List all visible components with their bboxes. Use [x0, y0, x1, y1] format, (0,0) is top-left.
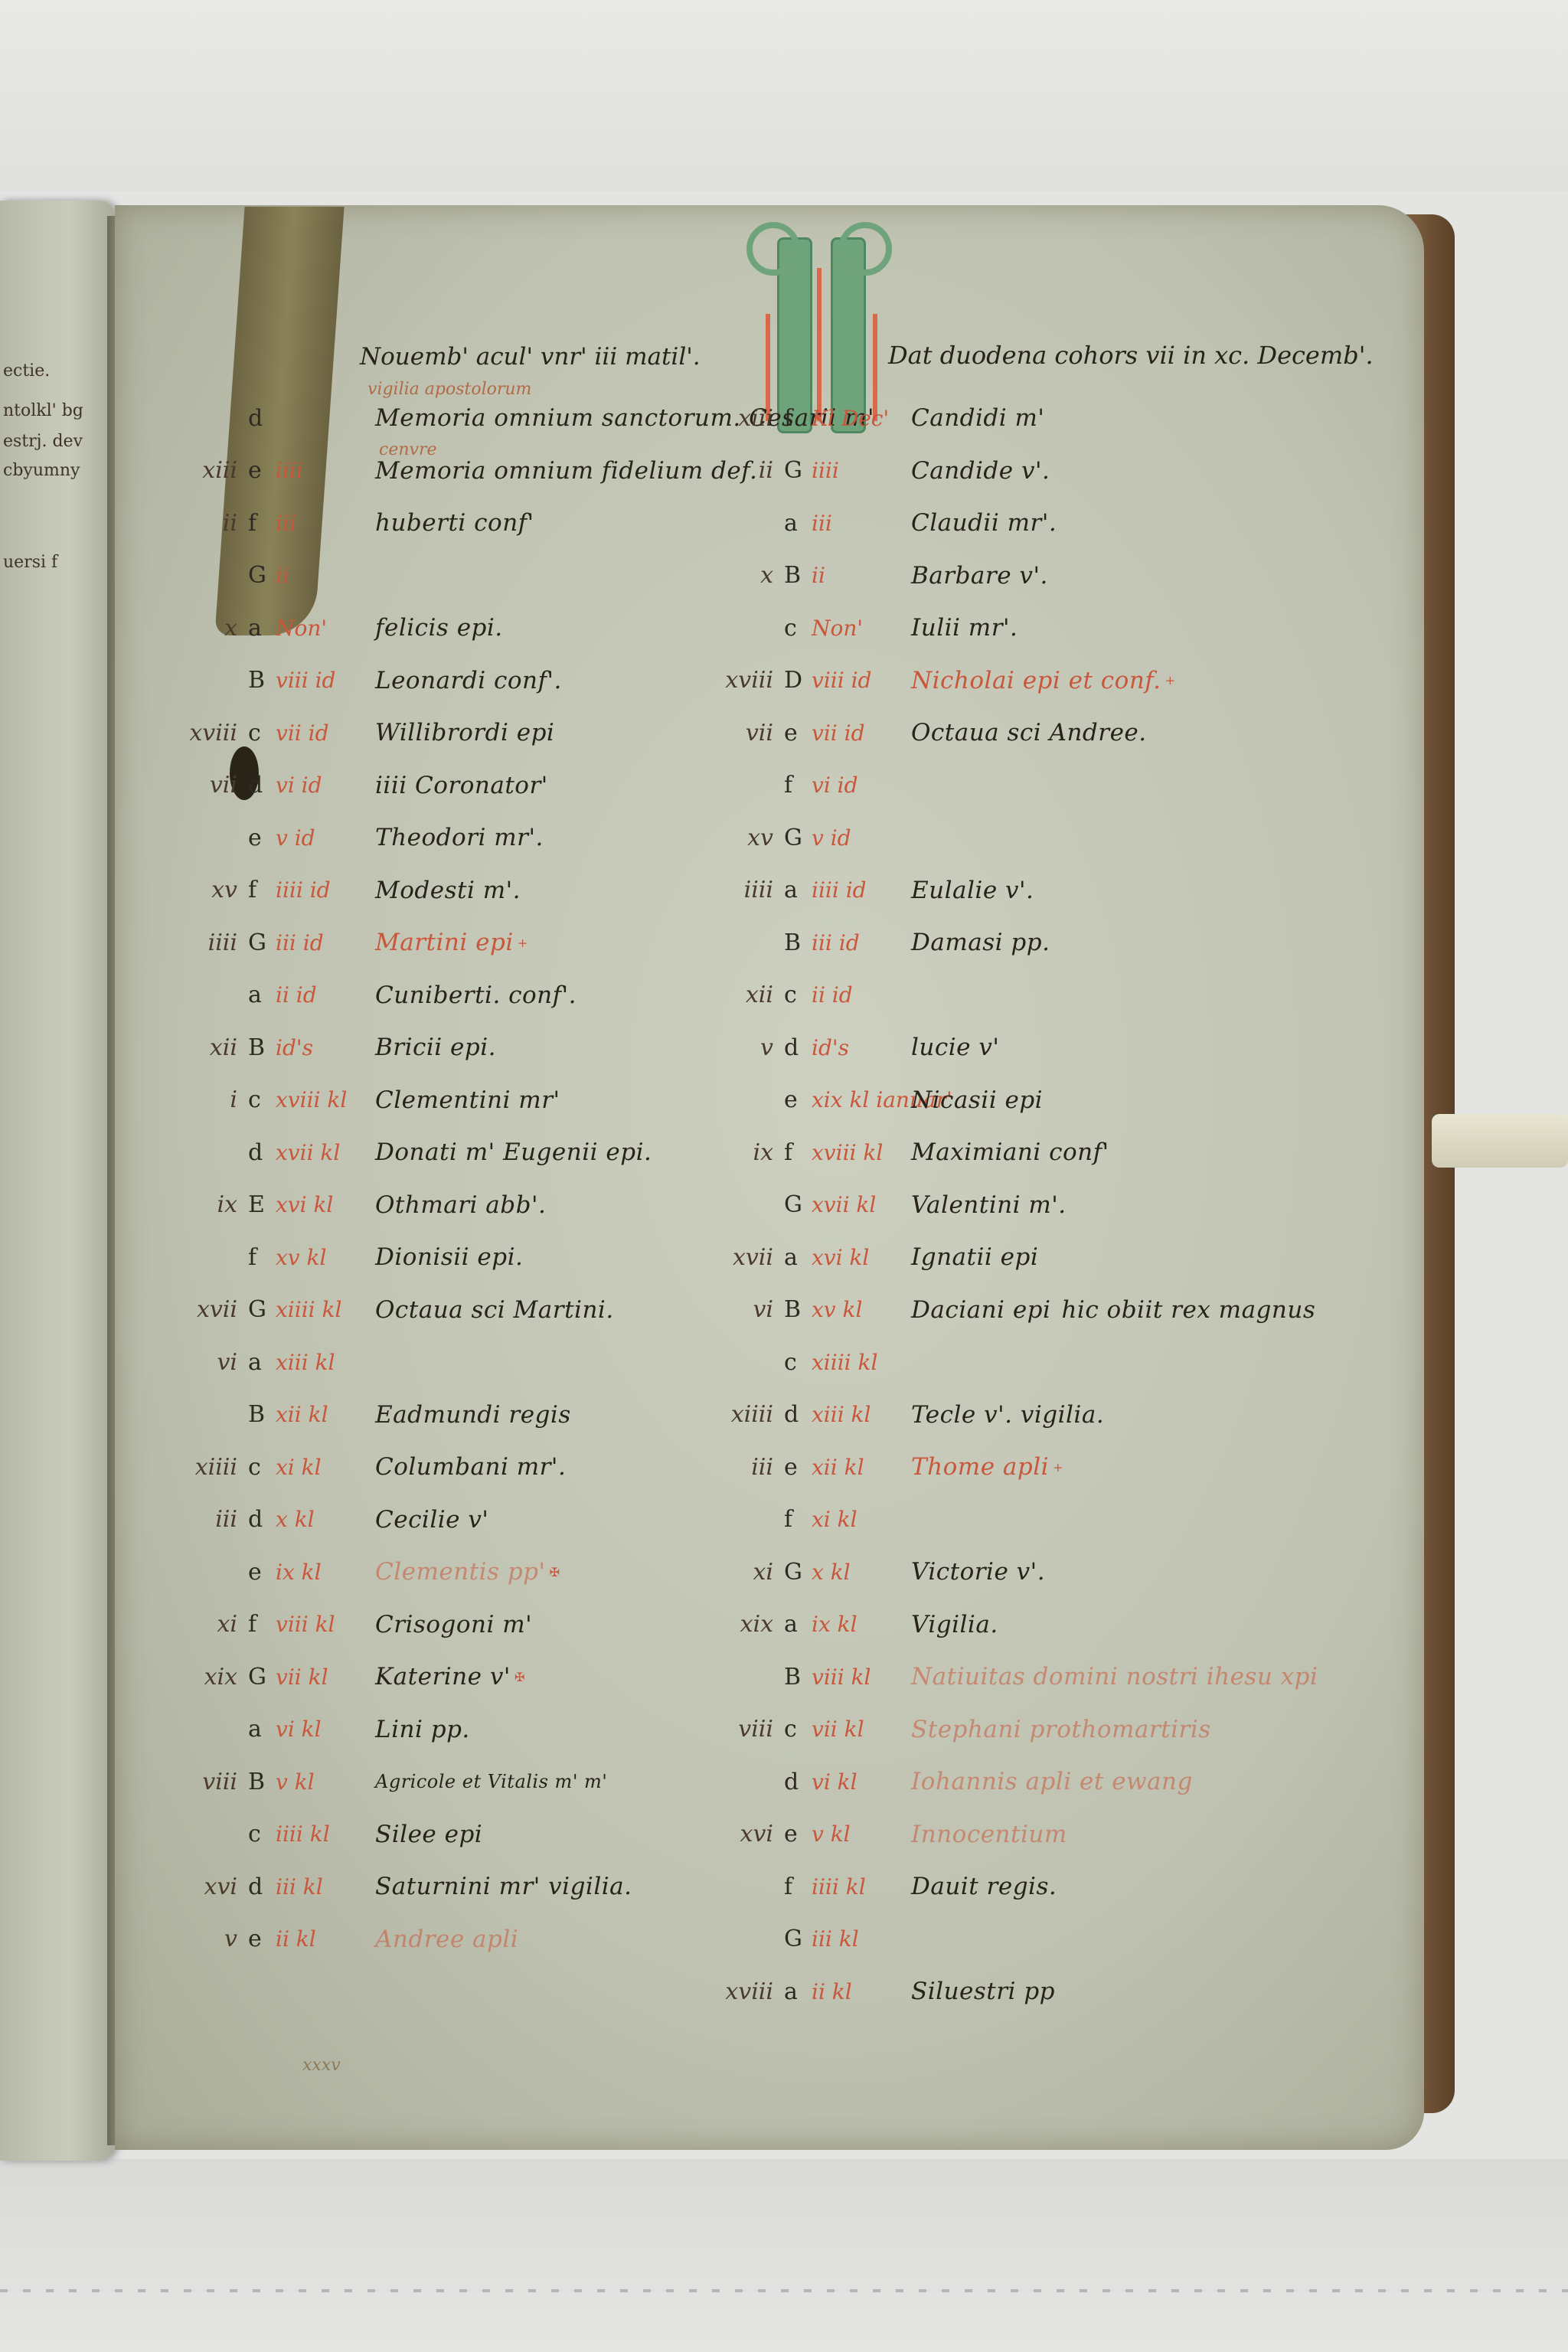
golden-number: xvii: [689, 1244, 784, 1271]
golden-number: xvii: [153, 1296, 248, 1323]
dominical-letter: c: [784, 1716, 812, 1743]
golden-number: xviii: [153, 720, 248, 746]
feast-name: Vigilia.: [911, 1611, 998, 1638]
roman-date: iiii id: [276, 877, 375, 903]
roman-date: xi kl: [276, 1455, 375, 1480]
roman-date: Kl Dec': [812, 406, 911, 431]
golden-number: xvi: [689, 1821, 784, 1847]
golden-number: xiiii: [689, 1401, 784, 1428]
calendar-row: fxi kl: [689, 1494, 1318, 1547]
roman-date: v id: [812, 825, 911, 851]
dominical-letter: e: [784, 1454, 812, 1481]
dominical-letter: d: [248, 772, 276, 799]
dominical-letter: d: [248, 405, 276, 432]
dominical-letter: D: [784, 667, 812, 694]
feast-name: Iulii mr'.: [911, 614, 1018, 642]
roman-date: vi kl: [276, 1717, 375, 1742]
golden-number: x: [689, 562, 784, 589]
feast-name: Cecilie v': [375, 1506, 488, 1534]
feast-name: Dauit regis.: [911, 1873, 1057, 1900]
roman-date: iiii kl: [276, 1821, 375, 1847]
feast-name: Martini epi: [375, 929, 514, 956]
dominical-letter: d: [248, 1873, 276, 1900]
cross-mark-icon: ✠: [511, 1670, 525, 1684]
roman-date: vii id: [276, 720, 375, 746]
dominical-letter: G: [784, 1926, 812, 1952]
dominical-letter: G: [784, 457, 812, 484]
cross-mark-icon: +: [1161, 673, 1176, 688]
left-facing-page: ectie. ntolkl' bg estrj. dev cbyumny uer…: [0, 201, 115, 2161]
dominical-letter: a: [784, 1611, 812, 1638]
feast-name: Agricole et Vitalis m' m': [375, 1771, 607, 1792]
calendar-row: xiGx klVictorie v'.: [689, 1546, 1318, 1599]
left-page-fragment: uersi f: [3, 553, 57, 572]
feast-name: Barbare v'.: [911, 562, 1048, 590]
golden-number: iiii: [689, 877, 784, 903]
dominical-letter: G: [248, 1664, 276, 1690]
roman-date: xiiii kl: [812, 1350, 911, 1375]
dominical-letter: c: [248, 1086, 276, 1113]
dominical-letter: a: [784, 510, 812, 537]
golden-number: xiii: [689, 405, 784, 432]
dominical-letter: f: [784, 1506, 812, 1533]
roman-date: id's: [812, 1035, 911, 1060]
roman-date: iiii: [276, 458, 375, 483]
golden-number: i: [153, 1086, 248, 1113]
background-bottom: [0, 2159, 1568, 2352]
roman-date: viii id: [812, 668, 911, 693]
background-top: [0, 0, 1568, 191]
feast-name: Cuniberti. conf'.: [375, 982, 577, 1009]
dominical-letter: a: [784, 877, 812, 903]
dominical-letter: B: [248, 667, 276, 694]
roman-date: ii kl: [276, 1926, 375, 1952]
dominical-letter: B: [248, 1401, 276, 1428]
left-page-fragment: cbyumny: [3, 461, 80, 480]
feast-name: Katerine v': [375, 1663, 511, 1690]
calendar-row: Bviii klNatiuitas domini nostri ihesu xp…: [689, 1651, 1318, 1704]
roman-date: iii: [812, 511, 911, 536]
dominical-letter: f: [248, 877, 276, 903]
november-heading: Nouemb' acul' vnr' iii matil'.: [360, 343, 701, 371]
dominical-letter: f: [784, 772, 812, 799]
feast-name: Crisogoni m': [375, 1611, 532, 1638]
roman-date: xiiii kl: [276, 1297, 375, 1322]
dominical-letter: B: [248, 1034, 276, 1061]
dominical-letter: d: [248, 1506, 276, 1533]
feast-name: Willibrordi epi: [375, 719, 554, 746]
calendar-row: Giii kl: [689, 1913, 1318, 1966]
roman-date: xviii kl: [276, 1087, 375, 1112]
feast-name: Natiuitas domini nostri ihesu xpi: [911, 1663, 1318, 1690]
dominical-letter: c: [248, 720, 276, 746]
feast-name: Lini pp.: [375, 1716, 470, 1743]
roman-date: vii kl: [812, 1717, 911, 1742]
calendar-row: Gxvii klValentini m'.: [689, 1179, 1318, 1232]
feast-name: felicis epi.: [375, 614, 503, 642]
calendar-row: xBiiBarbare v'.: [689, 550, 1318, 603]
roman-date: ii id: [276, 982, 375, 1008]
golden-number: iii: [153, 1506, 248, 1533]
calendar-row: ixfxviii klMaximiani conf': [689, 1126, 1318, 1179]
dominical-letter: G: [248, 1296, 276, 1323]
golden-number: vii: [153, 772, 248, 799]
dominical-letter: a: [784, 1244, 812, 1271]
dominical-letter: B: [784, 1664, 812, 1690]
feast-name: huberti conf': [375, 509, 534, 537]
december-heading: Dat duodena cohors vii in xc. Decemb'.: [888, 341, 1374, 370]
dominical-letter: c: [784, 615, 812, 642]
dominical-letter: e: [248, 825, 276, 851]
dominical-letter: G: [784, 825, 812, 851]
feast-name: Nicasii epi: [911, 1086, 1043, 1114]
calendar-row: aiiiClaudii mr'.: [689, 497, 1318, 550]
calendar-row: exix kl ianuar'Nicasii epi: [689, 1074, 1318, 1127]
roman-date: ix kl: [276, 1560, 375, 1585]
calendar-row: xixaix klVigilia.: [689, 1599, 1318, 1651]
dominical-letter: c: [248, 1454, 276, 1481]
roman-date: iii kl: [812, 1926, 911, 1952]
roman-date: Non': [812, 616, 911, 641]
golden-number: ix: [689, 1139, 784, 1166]
golden-number: vii: [689, 720, 784, 746]
roman-date: iii id: [812, 930, 911, 955]
calendar-row: iiGiiiiCandide v'.: [689, 445, 1318, 498]
roman-date: Non': [276, 616, 375, 641]
feast-name: Octaua sci Andree.: [911, 719, 1147, 746]
dominical-letter: f: [248, 1244, 276, 1271]
feast-name: Thome apli: [911, 1453, 1049, 1481]
dominical-letter: f: [784, 1873, 812, 1900]
feast-name: Eulalie v'.: [911, 877, 1034, 904]
dominical-letter: d: [248, 1139, 276, 1166]
golden-number: xix: [153, 1664, 248, 1690]
calendar-row: viievii idOctaua sci Andree.: [689, 707, 1318, 759]
feast-name: Damasi pp.: [911, 929, 1050, 956]
feast-name: Daciani epi: [911, 1296, 1050, 1324]
calendar-row: iiiiaiiii idEulalie v'.: [689, 864, 1318, 917]
feast-name: Theodori mr'.: [375, 824, 544, 851]
golden-number: ix: [153, 1191, 248, 1218]
roman-date: x kl: [812, 1560, 911, 1585]
scale-ruler: [0, 2289, 1568, 2292]
feast-name: iiii Coronator': [375, 772, 548, 799]
dominical-letter: c: [784, 1349, 812, 1376]
dominical-letter: e: [248, 1559, 276, 1586]
clasp-strap: [1432, 1114, 1568, 1168]
dominical-letter: f: [248, 510, 276, 537]
feast-name: Eadmundi regis: [375, 1401, 571, 1429]
golden-number: viii: [153, 1769, 248, 1795]
roman-date: ii: [812, 563, 911, 588]
feast-name: Clementis pp': [375, 1558, 546, 1586]
roman-date: xix kl ianuar': [812, 1087, 911, 1112]
cross-mark-icon: +: [1049, 1460, 1063, 1475]
left-page-fragment: ntolkl' bg: [3, 401, 83, 420]
feast-name: Maximiani conf': [911, 1138, 1109, 1166]
golden-number: xii: [153, 1034, 248, 1061]
dominical-letter: f: [784, 1139, 812, 1166]
calendar-row: xviev klInnocentium: [689, 1808, 1318, 1861]
dominical-letter: E: [248, 1191, 276, 1218]
golden-number: ii: [689, 457, 784, 484]
roman-date: ii kl: [812, 1979, 911, 2004]
roman-date: ii id: [812, 982, 911, 1008]
calendar-row: xiicii id: [689, 969, 1318, 1022]
dominical-letter: e: [784, 720, 812, 746]
golden-number: vi: [153, 1349, 248, 1376]
roman-date: xi kl: [812, 1507, 911, 1532]
marginal-obit-note: hic obiit rex magnus: [1061, 1296, 1315, 1324]
dominical-letter: a: [248, 1716, 276, 1743]
golden-number: xvi: [153, 1873, 248, 1900]
feast-name: Valentini m'.: [911, 1191, 1067, 1219]
roman-date: v id: [276, 825, 375, 851]
golden-number: viii: [689, 1716, 784, 1743]
feast-name: lucie v': [911, 1034, 999, 1061]
golden-number: vi: [689, 1296, 784, 1323]
calendar-row: Biii idDamasi pp.: [689, 916, 1318, 969]
roman-date: xvi kl: [812, 1245, 911, 1270]
roman-date: xv kl: [276, 1245, 375, 1270]
feast-name: Clementini mr': [375, 1086, 560, 1114]
dominical-letter: G: [784, 1559, 812, 1586]
roman-date: viii kl: [276, 1612, 375, 1637]
calendar-row: xvGv id: [689, 812, 1318, 864]
calendar-row: xviiiaii klSiluestri pp: [689, 1965, 1318, 2018]
feast-name: Iohannis apli et ewang: [911, 1768, 1193, 1795]
roman-date: x kl: [276, 1507, 375, 1532]
roman-date: xvii kl: [812, 1192, 911, 1217]
roman-date: viii kl: [812, 1664, 911, 1690]
dominical-letter: e: [248, 1926, 276, 1952]
golden-number: xv: [689, 825, 784, 851]
roman-date: ix kl: [812, 1612, 911, 1637]
golden-number: v: [689, 1034, 784, 1061]
feast-name: Victorie v'.: [911, 1558, 1045, 1586]
roman-date: iiii kl: [812, 1874, 911, 1900]
roman-date: xviii kl: [812, 1140, 911, 1165]
feast-name: Candide v'.: [911, 457, 1050, 485]
roman-date: iii: [276, 511, 375, 536]
dominical-letter: c: [248, 1821, 276, 1847]
dominical-letter: e: [784, 1821, 812, 1847]
golden-number: xi: [689, 1559, 784, 1586]
feast-name: Donati m' Eugenii epi.: [375, 1138, 652, 1166]
left-page-fragment: ectie.: [3, 361, 50, 381]
dominical-letter: a: [248, 1349, 276, 1376]
feast-name: Tecle v'. vigilia.: [911, 1401, 1104, 1429]
feast-name: Leonardi conf'.: [375, 667, 562, 694]
dominical-letter: d: [784, 1769, 812, 1795]
dominical-letter: B: [784, 1296, 812, 1323]
dominical-letter: B: [784, 562, 812, 589]
golden-number: xi: [153, 1611, 248, 1638]
calendar-row: xiiifKl Dec'Candidi m': [689, 392, 1318, 445]
golden-number: xiii: [153, 457, 248, 484]
golden-number: xviii: [689, 667, 784, 694]
dominical-letter: B: [248, 1769, 276, 1795]
dominical-letter: d: [784, 1034, 812, 1061]
roman-date: iii kl: [276, 1874, 375, 1900]
roman-date: xii kl: [276, 1402, 375, 1427]
feast-name: Columbani mr'.: [375, 1453, 566, 1481]
feast-name: Octaua sci Martini.: [375, 1296, 614, 1324]
december-column: xiiifKl Dec'Candidi m' iiGiiiiCandide v'…: [689, 392, 1318, 2018]
dominical-letter: f: [784, 405, 812, 432]
golden-number: v: [153, 1926, 248, 1952]
dominical-letter: a: [248, 982, 276, 1008]
roman-date: vi id: [276, 773, 375, 798]
feast-name: Dionisii epi.: [375, 1243, 523, 1271]
roman-date: xvi kl: [276, 1192, 375, 1217]
feast-name: Modesti m'.: [375, 877, 521, 904]
feast-name: Nicholai epi et conf.: [911, 667, 1161, 694]
golden-number: iiii: [153, 929, 248, 956]
bottom-margin-note: xxxv: [302, 2056, 341, 2075]
calendar-row: dvi klIohannis apli et ewang: [689, 1756, 1318, 1808]
calendar-row: cxiiii kl: [689, 1336, 1318, 1389]
golden-number: ii: [153, 510, 248, 537]
roman-date: vii id: [812, 720, 911, 746]
golden-number: iii: [689, 1454, 784, 1481]
roman-date: vi kl: [812, 1769, 911, 1795]
feast-name: Candidi m': [911, 404, 1044, 432]
golden-number: x: [153, 615, 248, 642]
calendar-row: xviiiDviii idNicholai epi et conf. +: [689, 655, 1318, 707]
calendar-row: fvi id: [689, 759, 1318, 812]
dominical-letter: d: [784, 1401, 812, 1428]
roman-date: viii id: [276, 668, 375, 693]
calendar-row: viiicvii klStephani prothomartiris: [689, 1704, 1318, 1756]
feast-name: Ignatii epi: [911, 1243, 1038, 1271]
dominical-letter: a: [248, 615, 276, 642]
dominical-letter: a: [784, 1978, 812, 2005]
feast-name: Andree apli: [375, 1926, 518, 1953]
roman-date: xii kl: [812, 1455, 911, 1480]
golden-number: xix: [689, 1611, 784, 1638]
roman-date: xiii kl: [812, 1402, 911, 1427]
roman-date: v kl: [276, 1769, 375, 1795]
roman-date: v kl: [812, 1821, 911, 1847]
calendar-row: fiiii klDauit regis.: [689, 1860, 1318, 1913]
feast-name: Stephani prothomartiris: [911, 1716, 1211, 1743]
dominical-letter: B: [784, 929, 812, 956]
golden-number: xiiii: [153, 1454, 248, 1481]
calendar-row: viBxv klDaciani epihic obiit rex magnus: [689, 1284, 1318, 1337]
roman-date: iiii: [812, 458, 911, 483]
cross-mark-icon: ✠: [546, 1565, 560, 1579]
feast-name: Othmari abb'.: [375, 1191, 546, 1219]
feast-name: Silee epi: [375, 1821, 482, 1848]
roman-date: xiii kl: [276, 1350, 375, 1375]
dominical-letter: e: [248, 457, 276, 484]
feast-name: Claudii mr'.: [911, 509, 1057, 537]
roman-date: iii id: [276, 930, 375, 955]
roman-date: vi id: [812, 773, 911, 798]
dominical-letter: G: [248, 929, 276, 956]
feast-name: Bricii epi.: [375, 1034, 496, 1061]
roman-date: iiii id: [812, 877, 911, 903]
calendar-row: iiiexii klThome apli +: [689, 1441, 1318, 1494]
dominical-letter: G: [248, 562, 276, 589]
golden-number: xii: [689, 982, 784, 1008]
calendar-row: xiiiidxiii klTecle v'. vigilia.: [689, 1389, 1318, 1442]
roman-date: xv kl: [812, 1297, 911, 1322]
golden-number: xviii: [689, 1978, 784, 2005]
calendar-row: xviiaxvi klIgnatii epi: [689, 1231, 1318, 1284]
roman-date: ii: [276, 563, 375, 588]
feast-name: Innocentium: [911, 1821, 1067, 1848]
left-page-fragment: estrj. dev: [3, 432, 83, 451]
golden-number: xv: [153, 877, 248, 903]
roman-date: vii kl: [276, 1664, 375, 1690]
dominical-letter: f: [248, 1611, 276, 1638]
dominical-letter: G: [784, 1191, 812, 1218]
feast-name: Saturnini mr' vigilia.: [375, 1873, 632, 1900]
calendar-row: cNon'Iulii mr'.: [689, 602, 1318, 655]
roman-date: id's: [276, 1035, 375, 1060]
dominical-letter: e: [784, 1086, 812, 1113]
feast-name: Siluestri pp: [911, 1978, 1055, 2005]
calendar-row: vdid'slucie v': [689, 1021, 1318, 1074]
cross-mark-icon: +: [514, 936, 528, 950]
dominical-letter: c: [784, 982, 812, 1008]
roman-date: xvii kl: [276, 1140, 375, 1165]
